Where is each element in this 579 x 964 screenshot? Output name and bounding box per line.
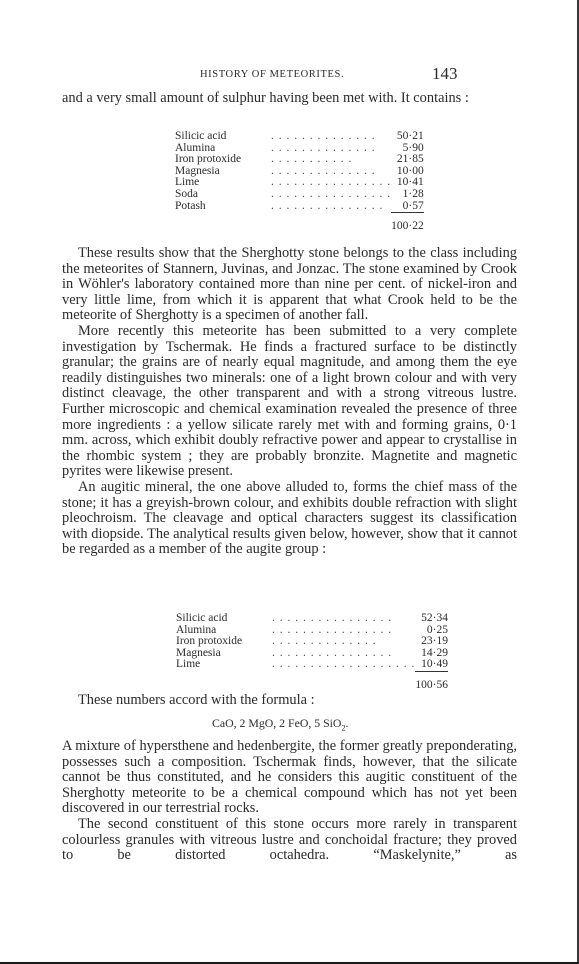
component-name: Silicic acid: [175, 131, 271, 143]
paragraph-hypersthene: A mixture of hypersthene and hedenbergit…: [62, 739, 517, 817]
table-row: Silicic acid. . . . . . . . . . . . . . …: [176, 613, 448, 625]
total-row: 100·56: [176, 671, 448, 691]
dot-leader: . . . . . . . . . . . . . .: [271, 166, 391, 178]
formula-suffix: .: [345, 716, 348, 730]
page-number: 143: [432, 64, 458, 84]
dot-leader: . . . . . . . . . . . . . .: [271, 131, 391, 143]
running-title: HISTORY OF METEORITES.: [200, 69, 344, 80]
component-value: 10·49: [415, 659, 448, 671]
total-value: 100·22: [391, 213, 424, 233]
total-row: 100·22: [175, 213, 424, 233]
component-value: 50·21: [391, 131, 424, 143]
component-value: 52·34: [415, 613, 448, 625]
paragraph-intro: and a very small amount of sulphur havin…: [62, 91, 517, 107]
dot-leader: . . . . . . . . . . . . . . . . . . .: [272, 659, 415, 671]
intro-text: and a very small amount of sulphur havin…: [62, 91, 517, 107]
component-value: 1·28: [391, 189, 424, 201]
table-row: Potash. . . . . . . . . . . . . . .0·57: [175, 201, 424, 213]
chemical-formula: CaO, 2 MgO, 2 FeO, 5 SiO2.: [212, 716, 348, 732]
component-name: Silicic acid: [176, 613, 272, 625]
component-name: Potash: [175, 201, 271, 213]
analysis-table-augitic-mineral: Silicic acid. . . . . . . . . . . . . . …: [176, 613, 448, 692]
total-value: 100·56: [415, 671, 448, 691]
body-text-middle: These results show that the Sherghotty s…: [62, 246, 517, 558]
component-name: Soda: [175, 189, 271, 201]
component-name: Lime: [176, 659, 272, 671]
paragraph-tschermak-investigation: More recently this meteorite has been su…: [62, 324, 517, 480]
dot-leader: . . . . . . . . . . .: [271, 154, 391, 166]
dot-leader: . . . . . . . . . . . . . . .: [271, 201, 391, 213]
formula-text: CaO, 2 MgO, 2 FeO, 5 SiO: [212, 716, 341, 730]
dot-leader: . . . . . . . . . . . . . . . .: [271, 189, 391, 201]
paragraph-augitic-mineral: An augitic mineral, the one above allude…: [62, 480, 517, 558]
formula-intro-block: These numbers accord with the formula :: [62, 693, 517, 709]
table-row: Soda. . . . . . . . . . . . . . . .1·28: [175, 189, 424, 201]
running-head: HISTORY OF METEORITES. 143: [0, 66, 579, 86]
component-value: 0·57: [391, 201, 424, 213]
table-row: Magnesia. . . . . . . . . . . . . .10·00: [175, 166, 424, 178]
dot-leader: . . . . . . . . . . . . . . . .: [272, 625, 415, 637]
table-row: Silicic acid. . . . . . . . . . . . . .5…: [175, 131, 424, 143]
analysis-table-whole-stone: Silicic acid. . . . . . . . . . . . . .5…: [175, 131, 424, 233]
paragraph-second-constituent: The second constituent of this stone occ…: [62, 817, 517, 864]
table-row: Magnesia. . . . . . . . . . . . . . . .1…: [176, 648, 448, 660]
paragraph-sherghotty-class: These results show that the Sherghotty s…: [62, 246, 517, 324]
dot-leader: . . . . . . . . . . . . . . . .: [271, 177, 391, 189]
dot-leader: . . . . . . . . . . . . . . . .: [272, 648, 415, 660]
dot-leader: . . . . . . . . . . . . . . . .: [272, 613, 415, 625]
dot-leader: . . . . . . . . . . . . . .: [271, 143, 391, 155]
table-row: Lime. . . . . . . . . . . . . . . .10·41: [175, 177, 424, 189]
table-row: Lime. . . . . . . . . . . . . . . . . . …: [176, 659, 448, 671]
dot-leader: . . . . . . . . . . . . . .: [272, 636, 415, 648]
body-text-bottom: A mixture of hypersthene and hedenbergit…: [62, 739, 517, 864]
formula-intro: These numbers accord with the formula :: [62, 693, 517, 709]
